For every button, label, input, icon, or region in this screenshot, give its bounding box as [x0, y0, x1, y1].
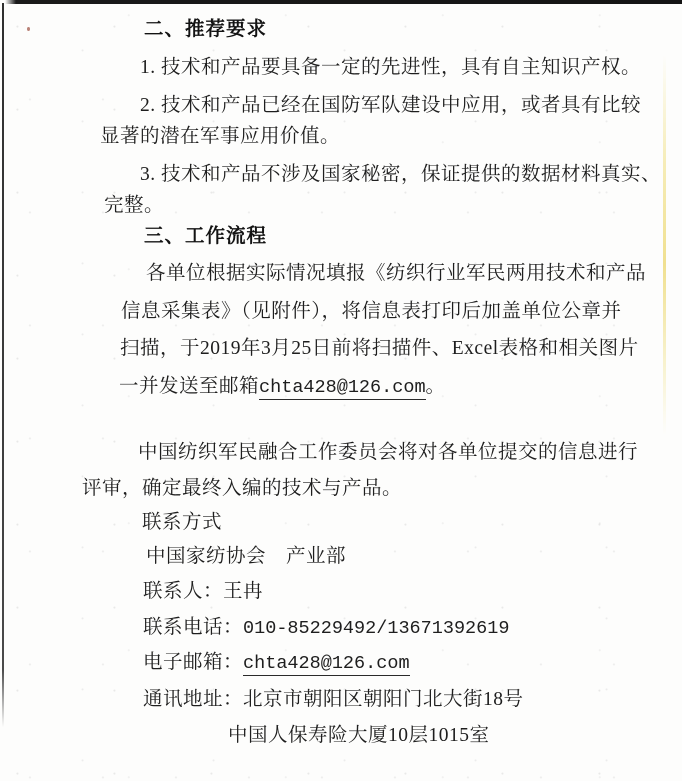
contact-organization: 中国家纺协会 产业部	[146, 545, 346, 568]
scanned-document-page: 二、推荐要求 1. 技术和产品要具备一定的先进性，具有自主知识产权。 2. 技术…	[0, 0, 682, 781]
contact-email-label: 电子邮箱：	[143, 652, 243, 673]
contact-email-address: chta428@126.com	[243, 653, 410, 676]
submission-email-address: chta428@126.com	[259, 377, 426, 400]
section-2-item-2-line-1: 2. 技术和产品已经在国防军队建设中应用，或者具有比较	[140, 94, 641, 117]
section-3-para-1-line-1: 各单位根据实际情况填报《纺织行业军民两用技术和产品	[146, 262, 646, 285]
section-2-item-2-line-2: 显著的潜在军事应用价值。	[100, 125, 340, 148]
section-3-heading: 三、工作流程	[144, 225, 267, 248]
email-sentence-suffix: 。	[426, 376, 446, 397]
contact-person: 联系人：王冉	[143, 580, 263, 603]
contact-phone-label: 联系电话：	[143, 617, 243, 638]
section-2-item-3-line-2: 完整。	[104, 194, 164, 217]
scan-artifact-yellow-streak	[663, 55, 666, 435]
contact-section-heading: 联系方式	[142, 511, 222, 534]
scan-artifact-red-speck	[27, 27, 30, 31]
section-3-para-2-line-2: 评审，确定最终入编的技术与产品。	[82, 477, 402, 500]
section-2-item-3-line-1: 3. 技术和产品不涉及国家秘密，保证提供的数据材料真实、	[140, 163, 661, 186]
contact-phone-line: 联系电话：010-85229492/13671392619	[143, 616, 509, 640]
section-3-para-1-line-4: 一并发送至邮箱chta428@126.com。	[119, 375, 446, 399]
contact-phone-number: 010-85229492/13671392619	[243, 618, 509, 639]
section-2-heading: 二、推荐要求	[144, 18, 267, 41]
section-3-para-1-line-3: 扫描，于2019年3月25日前将扫描件、Excel表格和相关图片	[120, 337, 639, 360]
email-sentence-prefix: 一并发送至邮箱	[119, 376, 259, 397]
section-3-para-2-line-1: 中国纺织军民融合工作委员会将对各单位提交的信息进行	[138, 441, 638, 464]
scan-edge-left	[2, 3, 4, 727]
contact-address-line-2: 中国人保寿险大厦10层1015室	[228, 724, 490, 747]
scan-edge-top	[0, 0, 682, 4]
contact-address-line-1: 通讯地址：北京市朝阳区朝阳门北大街18号	[143, 688, 524, 711]
section-2-item-1: 1. 技术和产品要具备一定的先进性，具有自主知识产权。	[140, 56, 641, 79]
section-3-para-1-line-2: 信息采集表》（见附件），将信息表打印后加盖单位公章并	[121, 300, 622, 323]
contact-email-line: 电子邮箱：chta428@126.com	[143, 651, 410, 675]
